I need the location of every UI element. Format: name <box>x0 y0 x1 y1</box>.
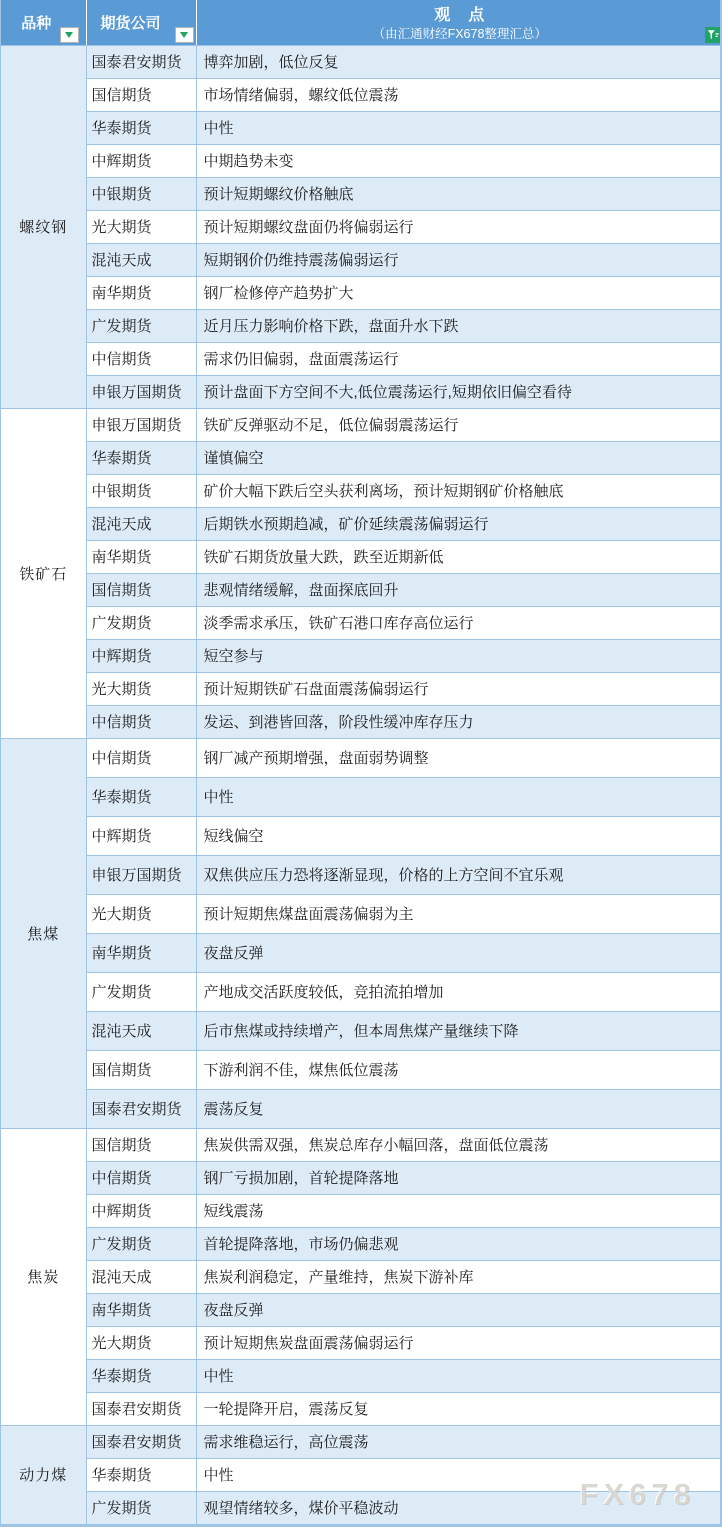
view-cell: 发运、到港皆回落，阶段性缓冲库存压力 <box>196 705 722 738</box>
table-row: 动力煤国泰君安期货需求维稳运行，高位震荡 <box>1 1425 722 1458</box>
company-cell: 华泰期货 <box>86 111 196 144</box>
company-cell: 光大期货 <box>86 210 196 243</box>
view-cell: 后市焦煤或持续增产，但本周焦煤产量继续下降 <box>196 1011 722 1050</box>
view-cell: 中性 <box>196 111 722 144</box>
company-cell: 中信期货 <box>86 738 196 777</box>
company-cell: 广发期货 <box>86 1491 196 1524</box>
table-row: 华泰期货中性 <box>1 111 722 144</box>
table-row: 广发期货淡季需求承压，铁矿石港口库存高位运行 <box>1 606 722 639</box>
view-cell: 震荡反复 <box>196 1089 722 1128</box>
company-cell: 华泰期货 <box>86 1359 196 1392</box>
view-cell: 需求维稳运行，高位震荡 <box>196 1425 722 1458</box>
view-cell: 下游利润不佳，煤焦低位震荡 <box>196 1050 722 1089</box>
view-cell: 焦炭利润稳定，产量维持，焦炭下游补库 <box>196 1260 722 1293</box>
table-row: 混沌天成后市焦煤或持续增产，但本周焦煤产量继续下降 <box>1 1011 722 1050</box>
company-cell: 申银万国期货 <box>86 408 196 441</box>
view-cell: 博弈加剧，低位反复 <box>196 45 722 78</box>
table-row: 国信期货下游利润不佳，煤焦低位震荡 <box>1 1050 722 1089</box>
table-row: 南华期货夜盘反弹 <box>1 1293 722 1326</box>
table-row: 华泰期货谨慎偏空 <box>1 441 722 474</box>
view-cell: 短线偏空 <box>196 816 722 855</box>
table-row: 混沌天成焦炭利润稳定，产量维持，焦炭下游补库 <box>1 1260 722 1293</box>
table-row: 申银万国期货预计盘面下方空间不大,低位震荡运行,短期依旧偏空看待 <box>1 375 722 408</box>
dropdown-arrow-icon <box>65 32 73 38</box>
company-cell: 中信期货 <box>86 705 196 738</box>
company-cell: 光大期货 <box>86 672 196 705</box>
company-cell: 光大期货 <box>86 1326 196 1359</box>
company-cell: 华泰期货 <box>86 1458 196 1491</box>
view-cell: 中性 <box>196 1359 722 1392</box>
company-cell: 广发期货 <box>86 606 196 639</box>
view-cell: 焦炭供需双强，焦炭总库存小幅回落，盘面低位震荡 <box>196 1128 722 1161</box>
view-cell: 钢厂减产预期增强，盘面弱势调整 <box>196 738 722 777</box>
company-cell: 中辉期货 <box>86 639 196 672</box>
view-cell: 需求仍旧偏弱，盘面震荡运行 <box>196 342 722 375</box>
table-row: 中信期货钢厂亏损加剧，首轮提降落地 <box>1 1161 722 1194</box>
view-cell: 矿价大幅下跌后空头获利离场，预计短期钢矿价格触底 <box>196 474 722 507</box>
view-cell: 产地成交活跃度较低，竞拍流拍增加 <box>196 972 722 1011</box>
company-filter-dropdown[interactable] <box>175 27 194 43</box>
table-row: 南华期货铁矿石期货放量大跌，跌至近期新低 <box>1 540 722 573</box>
company-cell: 混沌天成 <box>86 1260 196 1293</box>
company-cell: 中银期货 <box>86 474 196 507</box>
view-cell: 市场情绪偏弱，螺纹低位震荡 <box>196 78 722 111</box>
table-row: 国信期货悲观情绪缓解，盘面探底回升 <box>1 573 722 606</box>
table-row: 中辉期货短空参与 <box>1 639 722 672</box>
dropdown-arrow-icon <box>180 32 188 38</box>
table-row: 华泰期货中性 <box>1 1359 722 1392</box>
company-cell: 光大期货 <box>86 894 196 933</box>
table-row: 国泰君安期货一轮提降开启，震荡反复 <box>1 1392 722 1425</box>
view-cell: 后期铁水预期趋减，矿价延续震荡偏弱运行 <box>196 507 722 540</box>
view-cell: 淡季需求承压，铁矿石港口库存高位运行 <box>196 606 722 639</box>
view-filter-button[interactable] <box>705 27 721 43</box>
view-cell: 双焦供应压力恐将逐渐显现，价格的上方空间不宜乐观 <box>196 855 722 894</box>
company-cell: 国信期货 <box>86 1050 196 1089</box>
view-cell: 预计短期焦炭盘面震荡偏弱运行 <box>196 1326 722 1359</box>
table-row: 中辉期货短线震荡 <box>1 1194 722 1227</box>
variety-cell: 螺纹钢 <box>1 45 86 408</box>
company-cell: 广发期货 <box>86 972 196 1011</box>
company-cell: 南华期货 <box>86 933 196 972</box>
view-cell: 悲观情绪缓解，盘面探底回升 <box>196 573 722 606</box>
view-cell: 一轮提降开启，震荡反复 <box>196 1392 722 1425</box>
table-row: 光大期货预计短期焦炭盘面震荡偏弱运行 <box>1 1326 722 1359</box>
variety-cell: 铁矿石 <box>1 408 86 738</box>
table-row: 铁矿石申银万国期货铁矿反弹驱动不足，低位偏弱震荡运行 <box>1 408 722 441</box>
header-row: 品种 期货公司 观 点 （由汇通财经FX678整理汇总） <box>1 0 722 45</box>
view-cell: 钢厂检修停产趋势扩大 <box>196 276 722 309</box>
filter-funnel-icon <box>707 29 719 41</box>
company-cell: 华泰期货 <box>86 777 196 816</box>
table-row: 南华期货夜盘反弹 <box>1 933 722 972</box>
company-cell: 国信期货 <box>86 573 196 606</box>
table-row: 国泰君安期货震荡反复 <box>1 1089 722 1128</box>
header-view-subtitle: （由汇通财经FX678整理汇总） <box>197 26 722 42</box>
view-cell: 谨慎偏空 <box>196 441 722 474</box>
table-row: 广发期货观望情绪较多，煤价平稳波动 <box>1 1491 722 1524</box>
table-row: 中银期货矿价大幅下跌后空头获利离场，预计短期钢矿价格触底 <box>1 474 722 507</box>
variety-cell: 焦煤 <box>1 738 86 1128</box>
company-cell: 华泰期货 <box>86 441 196 474</box>
table-row: 焦炭国信期货焦炭供需双强，焦炭总库存小幅回落，盘面低位震荡 <box>1 1128 722 1161</box>
company-cell: 国泰君安期货 <box>86 1089 196 1128</box>
company-cell: 混沌天成 <box>86 1011 196 1050</box>
company-cell: 国信期货 <box>86 1128 196 1161</box>
table-row: 华泰期货中性 <box>1 777 722 816</box>
view-cell: 夜盘反弹 <box>196 933 722 972</box>
view-cell: 短期钢价仍维持震荡偏弱运行 <box>196 243 722 276</box>
company-cell: 南华期货 <box>86 540 196 573</box>
view-cell: 预计短期螺纹价格触底 <box>196 177 722 210</box>
view-cell: 中期趋势未变 <box>196 144 722 177</box>
company-cell: 南华期货 <box>86 1293 196 1326</box>
table-row: 中信期货需求仍旧偏弱，盘面震荡运行 <box>1 342 722 375</box>
table-row: 光大期货预计短期螺纹盘面仍将偏弱运行 <box>1 210 722 243</box>
table-row: 广发期货产地成交活跃度较低，竞拍流拍增加 <box>1 972 722 1011</box>
company-cell: 国信期货 <box>86 78 196 111</box>
view-cell: 中性 <box>196 777 722 816</box>
table-row: 华泰期货中性 <box>1 1458 722 1491</box>
variety-cell: 动力煤 <box>1 1425 86 1524</box>
view-cell: 短空参与 <box>196 639 722 672</box>
header-view: 观 点 （由汇通财经FX678整理汇总） <box>196 0 722 45</box>
company-cell: 中辉期货 <box>86 816 196 855</box>
table-row: 广发期货近月压力影响价格下跌，盘面升水下跌 <box>1 309 722 342</box>
opinions-grid: 品种 期货公司 观 点 （由汇通财经FX678整理汇总） <box>1 0 722 1525</box>
header-variety: 品种 <box>1 0 86 45</box>
company-cell: 南华期货 <box>86 276 196 309</box>
company-cell: 申银万国期货 <box>86 375 196 408</box>
header-company: 期货公司 <box>86 0 196 45</box>
company-cell: 广发期货 <box>86 1227 196 1260</box>
table-row: 南华期货钢厂检修停产趋势扩大 <box>1 276 722 309</box>
header-view-title: 观 点 <box>197 3 722 26</box>
table-row: 焦煤中信期货钢厂减产预期增强，盘面弱势调整 <box>1 738 722 777</box>
company-cell: 中辉期货 <box>86 1194 196 1227</box>
view-cell: 预计短期铁矿石盘面震荡偏弱运行 <box>196 672 722 705</box>
company-cell: 混沌天成 <box>86 243 196 276</box>
view-cell: 钢厂亏损加剧，首轮提降落地 <box>196 1161 722 1194</box>
company-cell: 申银万国期货 <box>86 855 196 894</box>
variety-cell: 焦炭 <box>1 1128 86 1425</box>
view-cell: 首轮提降落地，市场仍偏悲观 <box>196 1227 722 1260</box>
table-row: 光大期货预计短期铁矿石盘面震荡偏弱运行 <box>1 672 722 705</box>
variety-filter-dropdown[interactable] <box>60 27 79 43</box>
view-cell: 夜盘反弹 <box>196 1293 722 1326</box>
table-row: 中辉期货短线偏空 <box>1 816 722 855</box>
company-cell: 国泰君安期货 <box>86 1392 196 1425</box>
table-row: 中信期货发运、到港皆回落，阶段性缓冲库存压力 <box>1 705 722 738</box>
company-cell: 国泰君安期货 <box>86 1425 196 1458</box>
view-cell: 中性 <box>196 1458 722 1491</box>
view-cell: 预计短期螺纹盘面仍将偏弱运行 <box>196 210 722 243</box>
company-cell: 中辉期货 <box>86 144 196 177</box>
company-cell: 中银期货 <box>86 177 196 210</box>
table-row: 混沌天成短期钢价仍维持震荡偏弱运行 <box>1 243 722 276</box>
view-cell: 短线震荡 <box>196 1194 722 1227</box>
view-cell: 观望情绪较多，煤价平稳波动 <box>196 1491 722 1524</box>
company-cell: 国泰君安期货 <box>86 45 196 78</box>
company-cell: 广发期货 <box>86 309 196 342</box>
company-cell: 混沌天成 <box>86 507 196 540</box>
company-cell: 中信期货 <box>86 1161 196 1194</box>
company-cell: 中信期货 <box>86 342 196 375</box>
view-cell: 铁矿石期货放量大跌，跌至近期新低 <box>196 540 722 573</box>
table-row: 广发期货首轮提降落地，市场仍偏悲观 <box>1 1227 722 1260</box>
futures-opinions-table: 品种 期货公司 观 点 （由汇通财经FX678整理汇总） <box>0 0 722 1527</box>
table-row: 申银万国期货双焦供应压力恐将逐渐显现，价格的上方空间不宜乐观 <box>1 855 722 894</box>
table-row: 中辉期货中期趋势未变 <box>1 144 722 177</box>
table-row: 国信期货市场情绪偏弱，螺纹低位震荡 <box>1 78 722 111</box>
table-row: 中银期货预计短期螺纹价格触底 <box>1 177 722 210</box>
view-cell: 预计短期焦煤盘面震荡偏弱为主 <box>196 894 722 933</box>
table-row: 混沌天成后期铁水预期趋减，矿价延续震荡偏弱运行 <box>1 507 722 540</box>
view-cell: 近月压力影响价格下跌，盘面升水下跌 <box>196 309 722 342</box>
view-cell: 预计盘面下方空间不大,低位震荡运行,短期依旧偏空看待 <box>196 375 722 408</box>
view-cell: 铁矿反弹驱动不足，低位偏弱震荡运行 <box>196 408 722 441</box>
table-row: 光大期货预计短期焦煤盘面震荡偏弱为主 <box>1 894 722 933</box>
table-row: 螺纹钢国泰君安期货博弈加剧，低位反复 <box>1 45 722 78</box>
